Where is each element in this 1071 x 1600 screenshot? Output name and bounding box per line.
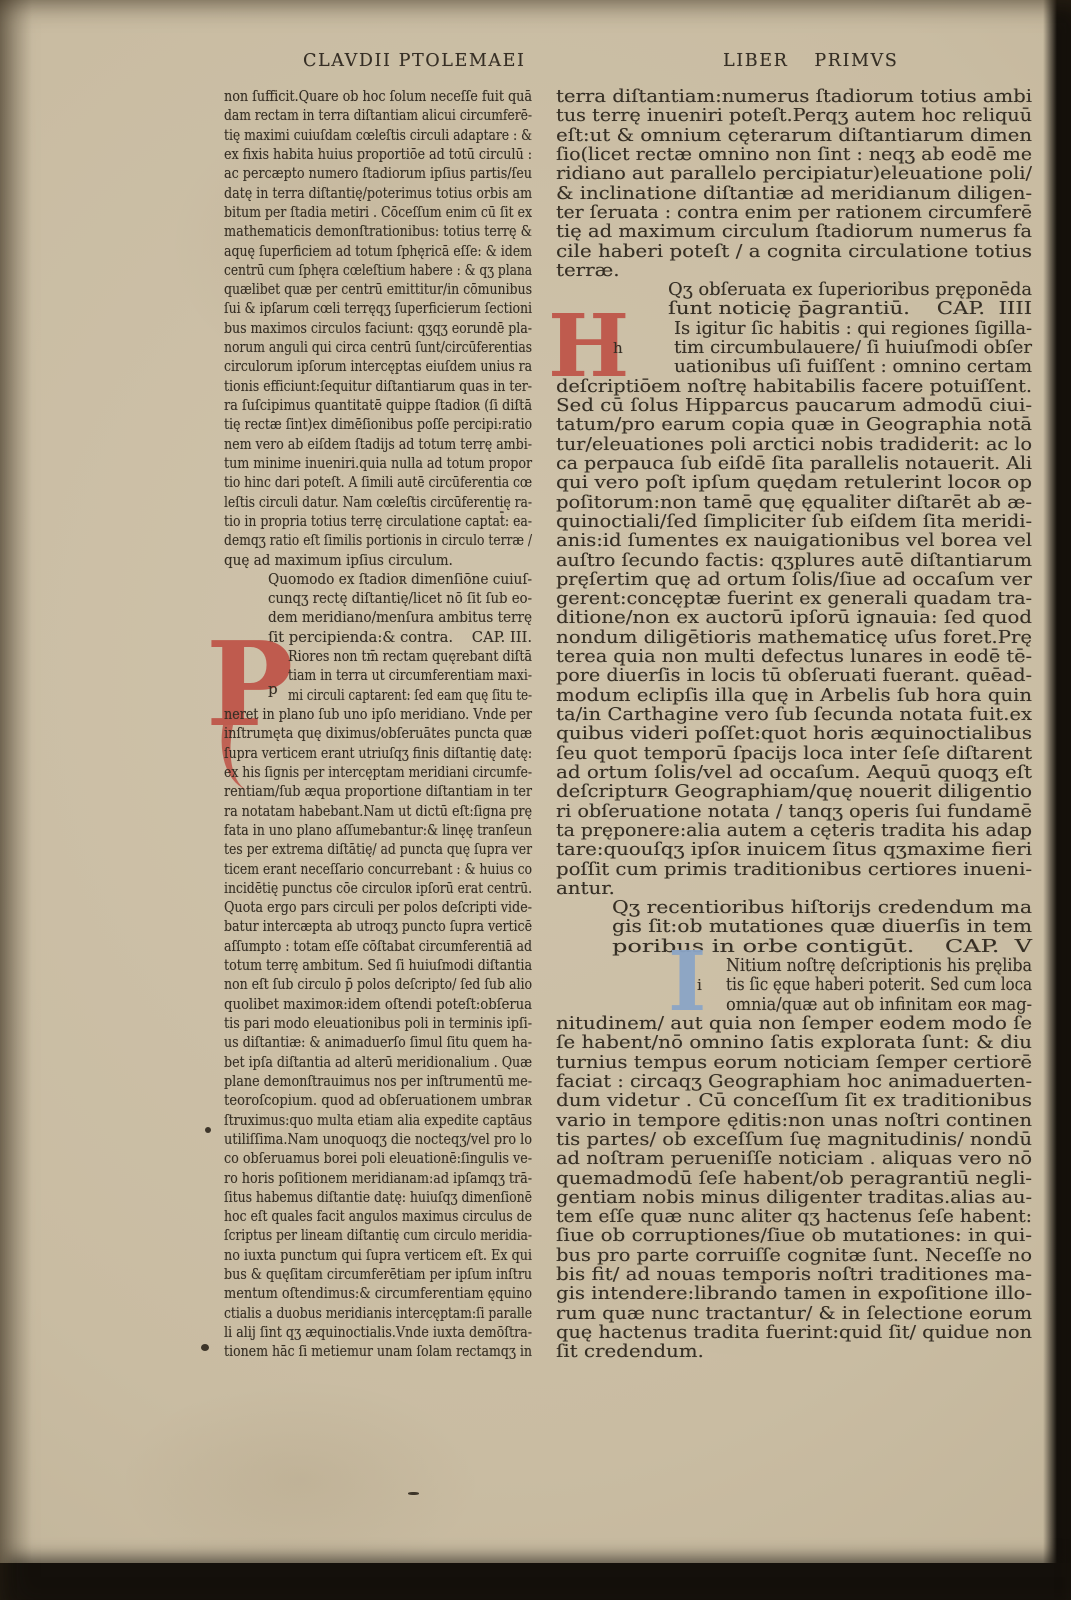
text-line: tis ſic ęque haberi poterit. Sed cum loc… xyxy=(726,975,1032,994)
text-line: pore diuerſis in locis tū obſeruati fuer… xyxy=(556,666,1032,685)
heading-line: dem meridiano/menſura ambitus terrę xyxy=(268,608,532,627)
text-line: tim circumbulauere/ ſi huiuſmodi obſer xyxy=(674,338,1032,357)
text-line: ſitus habemus diſtantie datę: huiuſqʒ di… xyxy=(224,1188,532,1207)
text-line: bus & quęſitam circumferētiam per ipſum … xyxy=(224,1265,532,1284)
text-line: rentiam/ſub æqua proportione diſtantiam … xyxy=(224,782,532,801)
chapter5-paragraph: nitudinem/ aut quia non ſemper eodem mod… xyxy=(556,1014,1032,1342)
text-line: tionem hāc ſi metiemur unam ſolam rectam… xyxy=(224,1342,532,1361)
text-line: antur. xyxy=(556,879,1032,898)
dropcap-indented-lines: Nitium noſtrę deſcriptionis his pręlibat… xyxy=(726,956,1032,1014)
text-line: tum minime inueniri.quia nulla ad totum … xyxy=(224,454,532,473)
chapter5-opening: I i Nitium noſtrę deſcriptionis his pręl… xyxy=(556,956,1032,1014)
text-line: eſt:ut & omnium cęterarum diſtantiarum d… xyxy=(556,126,1032,145)
text-line: poſſit cum primis traditionibus certiore… xyxy=(556,860,1032,879)
running-title-book: LIBERPRIMVS xyxy=(723,51,898,71)
text-line: ac percæpto numero ſtadiorum ipſius part… xyxy=(224,164,532,183)
text-line: co obſeruamus borei poli eleuationē:ſing… xyxy=(224,1149,532,1168)
text-line: rum quæ nunc tractantur/ & in ſelectione… xyxy=(556,1304,1032,1323)
text-line: & inclinatione diſtantiæ ad meridianum d… xyxy=(556,184,1032,203)
text-line: norum anguli qui circa centrū ſunt/circū… xyxy=(224,338,532,357)
guide-letter-i: i xyxy=(697,976,702,994)
text-line: ſtruximus:quo multa etiam alia expedite … xyxy=(224,1111,532,1130)
text-line: anis:id ſumentes ex nauigationibus vel b… xyxy=(556,531,1032,550)
text-line: turnius tempus eorum noticiam ſemper cer… xyxy=(556,1053,1032,1072)
dropcap-indented-lines: Riores non tm̄ rectam quęrebant diſtātia… xyxy=(288,647,532,705)
text-line: tus terrę inueniri poteſt.Perqʒ autem ho… xyxy=(556,106,1032,125)
text-line: omnia/quæ aut ob infinitam eoʀ mag- xyxy=(726,995,1032,1014)
text-line: totum terrę ambitum. Sed ſi huiuſmodi di… xyxy=(224,956,532,975)
text-line: tatum/pro earum copia quæ in Geographia … xyxy=(556,415,1032,434)
chapter4-heading: Qʒ obſeruata ex ſuperioribus pręponēdaſu… xyxy=(668,280,1032,319)
text-line: auſtro ſecundo factis: qʒplures autē diſ… xyxy=(556,551,1032,570)
text-line: utiliſſima.Nam unoquoqʒ die nocteqʒ/vel … xyxy=(224,1130,532,1149)
text-line: quælibet quæ per centrū emittitur/in cōm… xyxy=(224,280,532,299)
chapter4-paragraph: deſcriptiōem noſtrę habitabilis facere p… xyxy=(556,377,1032,879)
text-line: quę ad maximum ipſius circulum. xyxy=(224,551,532,570)
text-line: ſio(licet rectæ omnino non ſint : neqʒ a… xyxy=(556,145,1032,164)
text-line: tionis efficiunt:ſequitur diſtantiarum q… xyxy=(224,377,532,396)
running-title-book-label: LIBER xyxy=(723,51,788,71)
text-line: quinoctiali/ſed ſimpliciter ſub eiſdem ſ… xyxy=(556,512,1032,531)
text-line: tes per extrema diſtātię/ ad puncta quę … xyxy=(224,840,532,859)
gutter-shadow-left xyxy=(0,0,32,1600)
text-line: aſſumpto : totam eſſe cōſtabat circumfer… xyxy=(224,937,532,956)
text-line: quemadmodū ſeſe habent/ob peragrantiū ne… xyxy=(556,1169,1032,1188)
text-line: Is igitur ſic habitis : qui regiones ſig… xyxy=(674,319,1032,338)
text-line: ſiue ob corruptiones/ſiue ob mutationes:… xyxy=(556,1226,1032,1245)
text-line: Sed cū ſolus Hipparcus paucarum admodū c… xyxy=(556,396,1032,415)
text-line: ticem erant neceſſario concurrebant : & … xyxy=(224,860,532,879)
heading-line: ſunt noticię p̄agrantiū. CAP. IIII xyxy=(668,299,1032,318)
text-line: mi circuli captarent: ſed eam quę ſitu t… xyxy=(288,686,532,705)
dropcap-indented-lines: Is igitur ſic habitis : qui regiones ſig… xyxy=(674,319,1032,377)
text-line: nem vero ab eiſdem ſtadijs ad totum terr… xyxy=(224,435,532,454)
text-line: leſtis circuli datur. Nam cœleſtis circū… xyxy=(224,493,532,512)
chapter3-heading: Quomodo ex ſtadioʀ dimenſiōne cuiuſ-cunq… xyxy=(268,570,532,647)
guide-letter-p: p xyxy=(268,680,278,698)
heading-line: Quomodo ex ſtadioʀ dimenſiōne cuiuſ- xyxy=(268,570,532,589)
text-line: mentum oſtendimus:& circumferentiam ęqui… xyxy=(224,1284,532,1303)
text-line: quibus videri poſſet:quot horis æquinoct… xyxy=(556,724,1032,743)
text-line: uationibus uſi fuiſſent : omnino certam xyxy=(674,357,1032,376)
heading-line: Qʒ recentioribus hiſtorijs credendum ma xyxy=(612,898,1032,917)
text-line: tur/eleuationes poli arctici nobis tradi… xyxy=(556,435,1032,454)
text-line: Riores non tm̄ rectam quęrebant diſtā xyxy=(288,647,532,666)
paper-stain xyxy=(120,1380,480,1580)
text-line: terra diſtantiam:numerus ſtadiorum totiu… xyxy=(556,87,1032,106)
text-line: ſupra verticem erant utriuſqʒ finis diſt… xyxy=(224,744,532,763)
text-line: tem eſſe quæ nunc aliter qʒ hactenus ſeſ… xyxy=(556,1207,1032,1226)
text-line: bus maximos circulos faciunt: qʒqʒ eorun… xyxy=(224,319,532,338)
text-line: tis pari modo eleuationibus poli in term… xyxy=(224,1014,532,1033)
text-line: ex fixis habita huius proportiōe ad totū… xyxy=(224,145,532,164)
text-line: deſcriptiōem noſtrę habitabilis facere p… xyxy=(556,377,1032,396)
text-line: ta/in Carthagine vero ſub ſecunda notata… xyxy=(556,705,1032,724)
text-line: cile haberi poteſt / a cognita circulati… xyxy=(556,242,1032,261)
ink-speck xyxy=(408,1492,419,1495)
text-line: ta pręponere:alia autem a cęteris tradit… xyxy=(556,821,1032,840)
text-line: Nitium noſtrę deſcriptionis his pręliba xyxy=(726,956,1032,975)
text-line: non ſufficit.Quare ob hoc ſolum neceſſe … xyxy=(224,87,532,106)
text-line: ra notatam habebant.Nam ut dictū eſt:ſig… xyxy=(224,802,532,821)
text-line: ex his ſignis per intercęptam meridiani … xyxy=(224,763,532,782)
text-line: non eſt ſub circulo p̄ polos deſcripto/ … xyxy=(224,975,532,994)
text-line: tis partes/ ob exceſſum ſuę magnitudinis… xyxy=(556,1130,1032,1149)
text-line: gerent:concęptæ fuerint ex generali quad… xyxy=(556,589,1032,608)
heading-line: ſit percipienda:& contra. CAP. III. xyxy=(268,628,532,647)
text-line: mathematicis demonſtrationibus: totius t… xyxy=(224,222,532,241)
text-line: faciat : circaqʒ Geographiam hoc animadu… xyxy=(556,1072,1032,1091)
text-line: ad noſtram perueniſſe noticiam . aliquas… xyxy=(556,1149,1032,1168)
text-line: nitudinem/ aut quia non ſemper eodem mod… xyxy=(556,1014,1032,1033)
text-line: deſcripturʀ Geographiam/quę nouerit dili… xyxy=(556,782,1032,801)
text-line: ſcriptus per lineam diſtantię cum circul… xyxy=(224,1226,532,1245)
text-line: tię ad maximum circulum ſtadiorum numeru… xyxy=(556,222,1032,241)
text-line: poſitorum:non tamē quę ęqualiter diſtarē… xyxy=(556,493,1032,512)
text-line: vario in tempore ęditis:non unas noſtri … xyxy=(556,1111,1032,1130)
ink-speck xyxy=(205,1127,211,1133)
text-line: ſe habent/nō omnino ſatis explorata ſunt… xyxy=(556,1033,1032,1052)
text-line: dam rectam in terra diſtantiam alicui ci… xyxy=(224,106,532,125)
text-line: qui vero poſt ipſum quędam retulerint lo… xyxy=(556,473,1032,492)
text-line: ri obſeruatione notata / tanqʒ operis ſu… xyxy=(556,802,1032,821)
heading-line: Qʒ obſeruata ex ſuperioribus pręponēda xyxy=(668,280,1032,299)
text-line: modum eclipſis illa quę in Arbelis ſub h… xyxy=(556,686,1032,705)
text-line: us diſtantiæ: & animaduerſo ſimul ſitu q… xyxy=(224,1033,532,1052)
text-line: li alij ſint qʒ æquinoctialis.Vnde iuxta… xyxy=(224,1323,532,1342)
text-line: bet ipſa diſtantia ad alterū meridionali… xyxy=(224,1053,532,1072)
text-line: fata in uno plano aſſumebantur:& linęę t… xyxy=(224,821,532,840)
text-line: gentiam nobis minus diligenter traditas.… xyxy=(556,1188,1032,1207)
text-line: incidētię punctus cōe circuloʀ ipſorū er… xyxy=(224,879,532,898)
text-line: ſui & ipſarum cœli terręqʒ ſuperficierum… xyxy=(224,299,532,318)
book-fore-edge xyxy=(1060,1155,1068,1567)
text-line: neret in plano ſub uno ipſo meridiano. V… xyxy=(224,705,532,724)
text-line: Quota ergo pars circuli per polos deſcri… xyxy=(224,898,532,917)
text-line: ter ſeruata : contra enim per rationem c… xyxy=(556,203,1032,222)
paragraph-continuation: non ſufficit.Quare ob hoc ſolum neceſſe … xyxy=(224,87,532,551)
text-line: ro horis poſitionem meridianam:ad ipſamq… xyxy=(224,1169,532,1188)
right-text-column: terra diſtantiam:numerus ſtadiorum totiu… xyxy=(556,87,1032,1362)
text-line: tiam in terra ut circumferentiam maxi- xyxy=(288,666,532,685)
text-line: tare:quouſqʒ ipſoʀ inuicem ſitus qʒmaxim… xyxy=(556,840,1032,859)
text-line: bus pro parte corruiſſe cognitæ ſunt. Ne… xyxy=(556,1246,1032,1265)
ink-speck xyxy=(201,1344,209,1351)
text-line: no iuxta punctum qui ſupra verticem eſt.… xyxy=(224,1246,532,1265)
text-line: datę in terra diſtantię/poterimus totius… xyxy=(224,184,532,203)
text-line: tię maximi cuiuſdam cœleſtis circuli ada… xyxy=(224,126,532,145)
incunabulum-page-scan: CLAVDII PTOLEMAEI LIBERPRIMVS non ſuffic… xyxy=(0,0,1071,1600)
text-line: ſeu quot temporū ſpacijs loca inter ſeſe… xyxy=(556,744,1032,763)
text-line: bis fit/ ad nouas temporis noſtri tradit… xyxy=(556,1265,1032,1284)
text-line: ſit credendum. xyxy=(556,1342,1032,1361)
text-line: terea quia non multi defectus lunares in… xyxy=(556,647,1032,666)
text-line: ad ortum ſolis/vel ad occaſum. Aequū quo… xyxy=(556,763,1032,782)
text-line: ridiano aut parallelo percipiatur)eleuat… xyxy=(556,164,1032,183)
text-line: aquę ſuperficiem ad totum ſphęricā eſſe:… xyxy=(224,242,532,261)
heading-line: cunqʒ rectę diſtantię/licet nō ſit ſub e… xyxy=(268,589,532,608)
text-line: ra ſuſcipimus quantitatē quippe ſtadioʀ … xyxy=(224,396,532,415)
text-line: teoroſcopium. quod ad obſeruationem umbr… xyxy=(224,1091,532,1110)
text-line: tio in propria totius terrę circulatione… xyxy=(224,512,532,531)
text-line: circulorum ipſorum intercęptas eiuſdem u… xyxy=(224,357,532,376)
text-line: pręſertim quę ad ortum ſolis/ſiue ad occ… xyxy=(556,570,1032,589)
text-line: plane demonſtrauimus nos per inſtrumentū… xyxy=(224,1072,532,1091)
chapter3-opening: P p Riores non tm̄ rectam quęrebant diſt… xyxy=(224,647,532,705)
text-line: centrū cum ſphęra cœleſtium habere : & q… xyxy=(224,261,532,280)
text-line: inſtrumęta quę diximus/obſeruātes puncta… xyxy=(224,724,532,743)
text-line: quę hactenus tradita fuerint:quid ſit/ q… xyxy=(556,1323,1032,1342)
text-line: tię rectæ ſint)ex dimēſionibus poſſe per… xyxy=(224,415,532,434)
text-line: nondum diligētioris mathematicę uſus for… xyxy=(556,628,1032,647)
text-line: ca perpauca ſub eiſdē ſita parallelis no… xyxy=(556,454,1032,473)
running-title-author: CLAVDII PTOLEMAEI xyxy=(303,51,525,71)
text-line: hoc eſt quales facit angulos maximus cir… xyxy=(224,1207,532,1226)
text-line: bitum per ſtadia metiri . Cōceſſum enim … xyxy=(224,203,532,222)
running-title-book-number: PRIMVS xyxy=(814,51,898,71)
guide-letter-h: h xyxy=(613,339,623,357)
text-line: quolibet maximoʀ:idem oſtendi poteſt:obſ… xyxy=(224,995,532,1014)
left-text-column: non ſufficit.Quare ob hoc ſolum neceſſe … xyxy=(224,87,532,1362)
text-line: dum videtur . Cū conceſſum ſit ex tradit… xyxy=(556,1091,1032,1110)
text-line: terræ. xyxy=(556,261,1032,280)
text-line: batur intercæpta ab utroqʒ puncto ſupra … xyxy=(224,917,532,936)
text-line: gis intendere:librando tamen in expoſiti… xyxy=(556,1284,1032,1303)
text-line: ctialis a duobus meridianis intercęptam:… xyxy=(224,1304,532,1323)
text-line: demqʒ ratio eſt ſimilis portionis in cir… xyxy=(224,531,532,550)
text-line: tio hinc dari poteſt. A ſimili autē circ… xyxy=(224,473,532,492)
chapter3-paragraph: neret in plano ſub uno ipſo meridiano. V… xyxy=(224,705,532,1362)
scan-background-bottom xyxy=(0,1563,1071,1600)
text-line: ditione/non ex auctorū ipſorū ignauia: ſ… xyxy=(556,608,1032,627)
paragraph-continuation: terra diſtantiam:numerus ſtadiorum totiu… xyxy=(556,87,1032,261)
chapter4-opening: H h Is igitur ſic habitis : qui regiones… xyxy=(556,319,1032,377)
